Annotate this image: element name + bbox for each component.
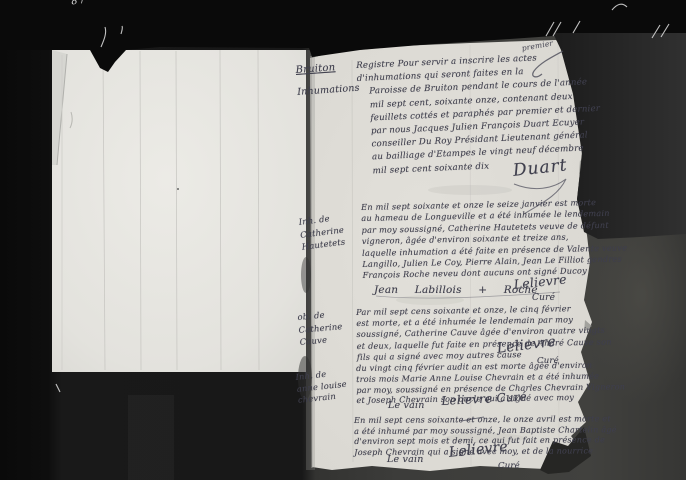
entry2-margin-note: ob. deCatherineCauve — [297, 306, 355, 348]
entry3-witness-signature: Le vain — [388, 400, 425, 411]
margin-heading-line: Inhumations — [297, 78, 360, 104]
background-streak — [128, 395, 174, 480]
left-page — [52, 50, 306, 372]
microfilm-document-scan: 8 / premier BruitonInhumations Registre … — [0, 0, 686, 480]
entry1-margin-note: Inh. deCatherineHautetets — [298, 209, 360, 253]
entry4-signature-title: Curé — [498, 461, 520, 471]
burial-entry-2: Par mil sept cens soixante et onze, le c… — [356, 303, 577, 363]
margin-heading: BruitonInhumations — [295, 56, 360, 104]
entry3-margin-note: Inh. deanne louisechevrain — [295, 366, 358, 407]
entry4-witness-signature: Le vain — [387, 454, 424, 465]
gutter-smudge — [301, 257, 311, 293]
burial-entry-1: En mil sept soixante et onze le seize ja… — [361, 197, 587, 282]
paper-speck — [177, 188, 179, 190]
entry1-signature-title: Curé — [532, 293, 555, 303]
